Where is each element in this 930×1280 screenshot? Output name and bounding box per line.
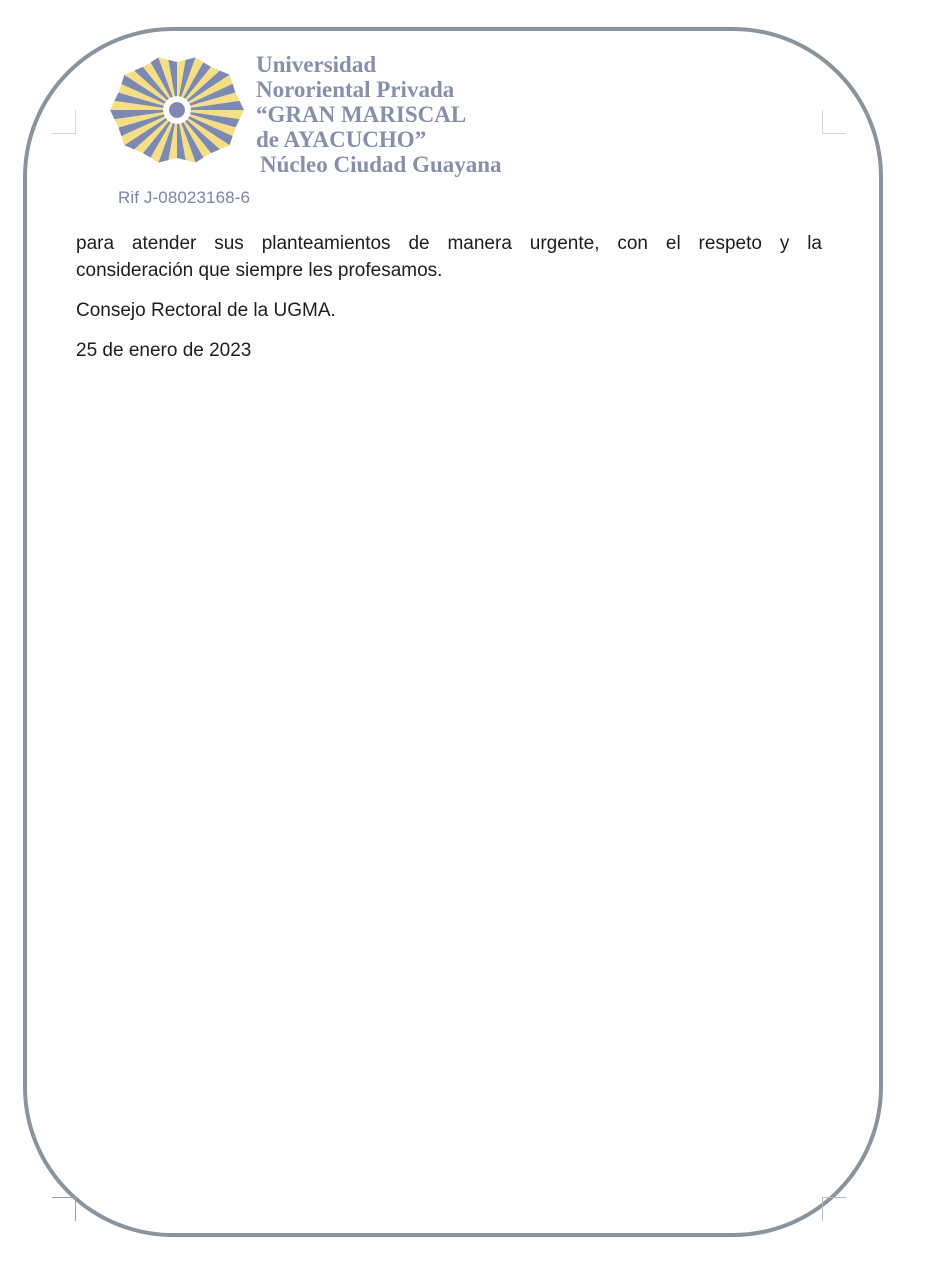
sunburst-logo-icon [106,45,248,175]
letter-date: 25 de enero de 2023 [76,337,822,364]
page-border-frame [23,27,883,1237]
crop-mark-bottom-left [52,1197,76,1221]
paragraph-line: para atender sus planteamientos de maner… [76,230,822,257]
signature: Consejo Rectoral de la UGMA. [76,297,822,324]
institution-line: Núcleo Ciudad Guayana [256,152,502,177]
institution-name: Universidad Nororiental Privada “GRAN MA… [256,52,502,177]
institution-line: “GRAN MARISCAL [256,102,502,127]
institution-line: de AYACUCHO” [256,127,502,152]
crop-mark-bottom-right [822,1197,846,1221]
crop-mark-top-right [822,110,846,134]
paragraph-line: consideración que siempre les profesamos… [76,260,442,281]
institution-line: Universidad [256,52,502,77]
rif-number: Rif J-08023168-6 [118,188,250,208]
closing-paragraph: para atender sus planteamientos de maner… [76,230,822,284]
institution-line: Nororiental Privada [256,77,502,102]
crop-mark-top-left [52,110,76,134]
letter-body: para atender sus planteamientos de maner… [76,230,822,364]
